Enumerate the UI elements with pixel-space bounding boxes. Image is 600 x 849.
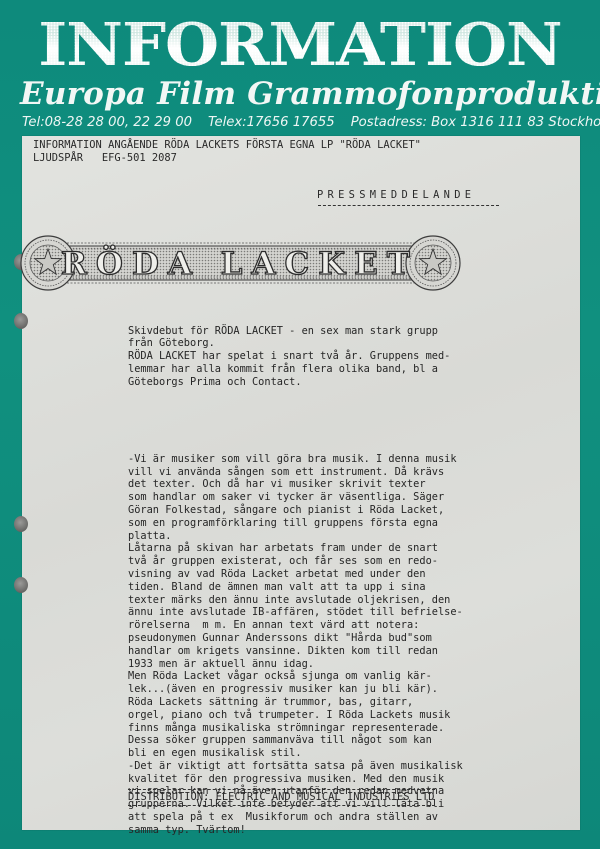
paragraph-gap bbox=[128, 414, 468, 427]
letterhead-title: INFORMATION bbox=[14, 16, 586, 75]
postal-address: Postadress: Box 1316 111 83 Stockholm bbox=[351, 114, 600, 132]
reference-line: INFORMATION ANGÅENDE RÖDA LACKETS FÖRSTA… bbox=[33, 139, 421, 152]
document-type-heading: PRESSMEDDELANDE bbox=[317, 189, 475, 201]
contact-line: Tel:08-28 28 00, 22 29 00 Telex:17656 17… bbox=[22, 114, 582, 132]
distribution-text: DISTRIBUTION: ELECTRIC AND MUSICAL INDUS… bbox=[128, 789, 435, 806]
distribution-notice: DISTRIBUTION: ELECTRIC AND MUSICAL INDUS… bbox=[128, 785, 435, 806]
punch-hole-icon bbox=[14, 516, 28, 532]
telephone: Tel:08-28 28 00, 22 29 00 bbox=[22, 114, 192, 132]
banner-text: RÖDA LACKET bbox=[61, 243, 419, 282]
company-name: Europa Film Grammofonproduktionen bbox=[20, 76, 585, 112]
heading-underline bbox=[318, 205, 499, 206]
intro-paragraph: Skivdebut för RÖDA LACKET - en sex man s… bbox=[128, 325, 468, 389]
punch-hole-icon bbox=[14, 577, 28, 593]
main-paragraph: -Vi är musiker som vill göra bra musik. … bbox=[128, 453, 468, 837]
telex: Telex:17656 17655 bbox=[208, 114, 335, 132]
punch-hole-icon bbox=[14, 313, 28, 329]
press-release-body: Skivdebut för RÖDA LACKET - en sex man s… bbox=[128, 299, 468, 849]
catalog-number: LJUDSPÅR EFG-501 2087 bbox=[33, 152, 177, 165]
band-name-banner: RÖDA LACKET bbox=[18, 232, 463, 294]
